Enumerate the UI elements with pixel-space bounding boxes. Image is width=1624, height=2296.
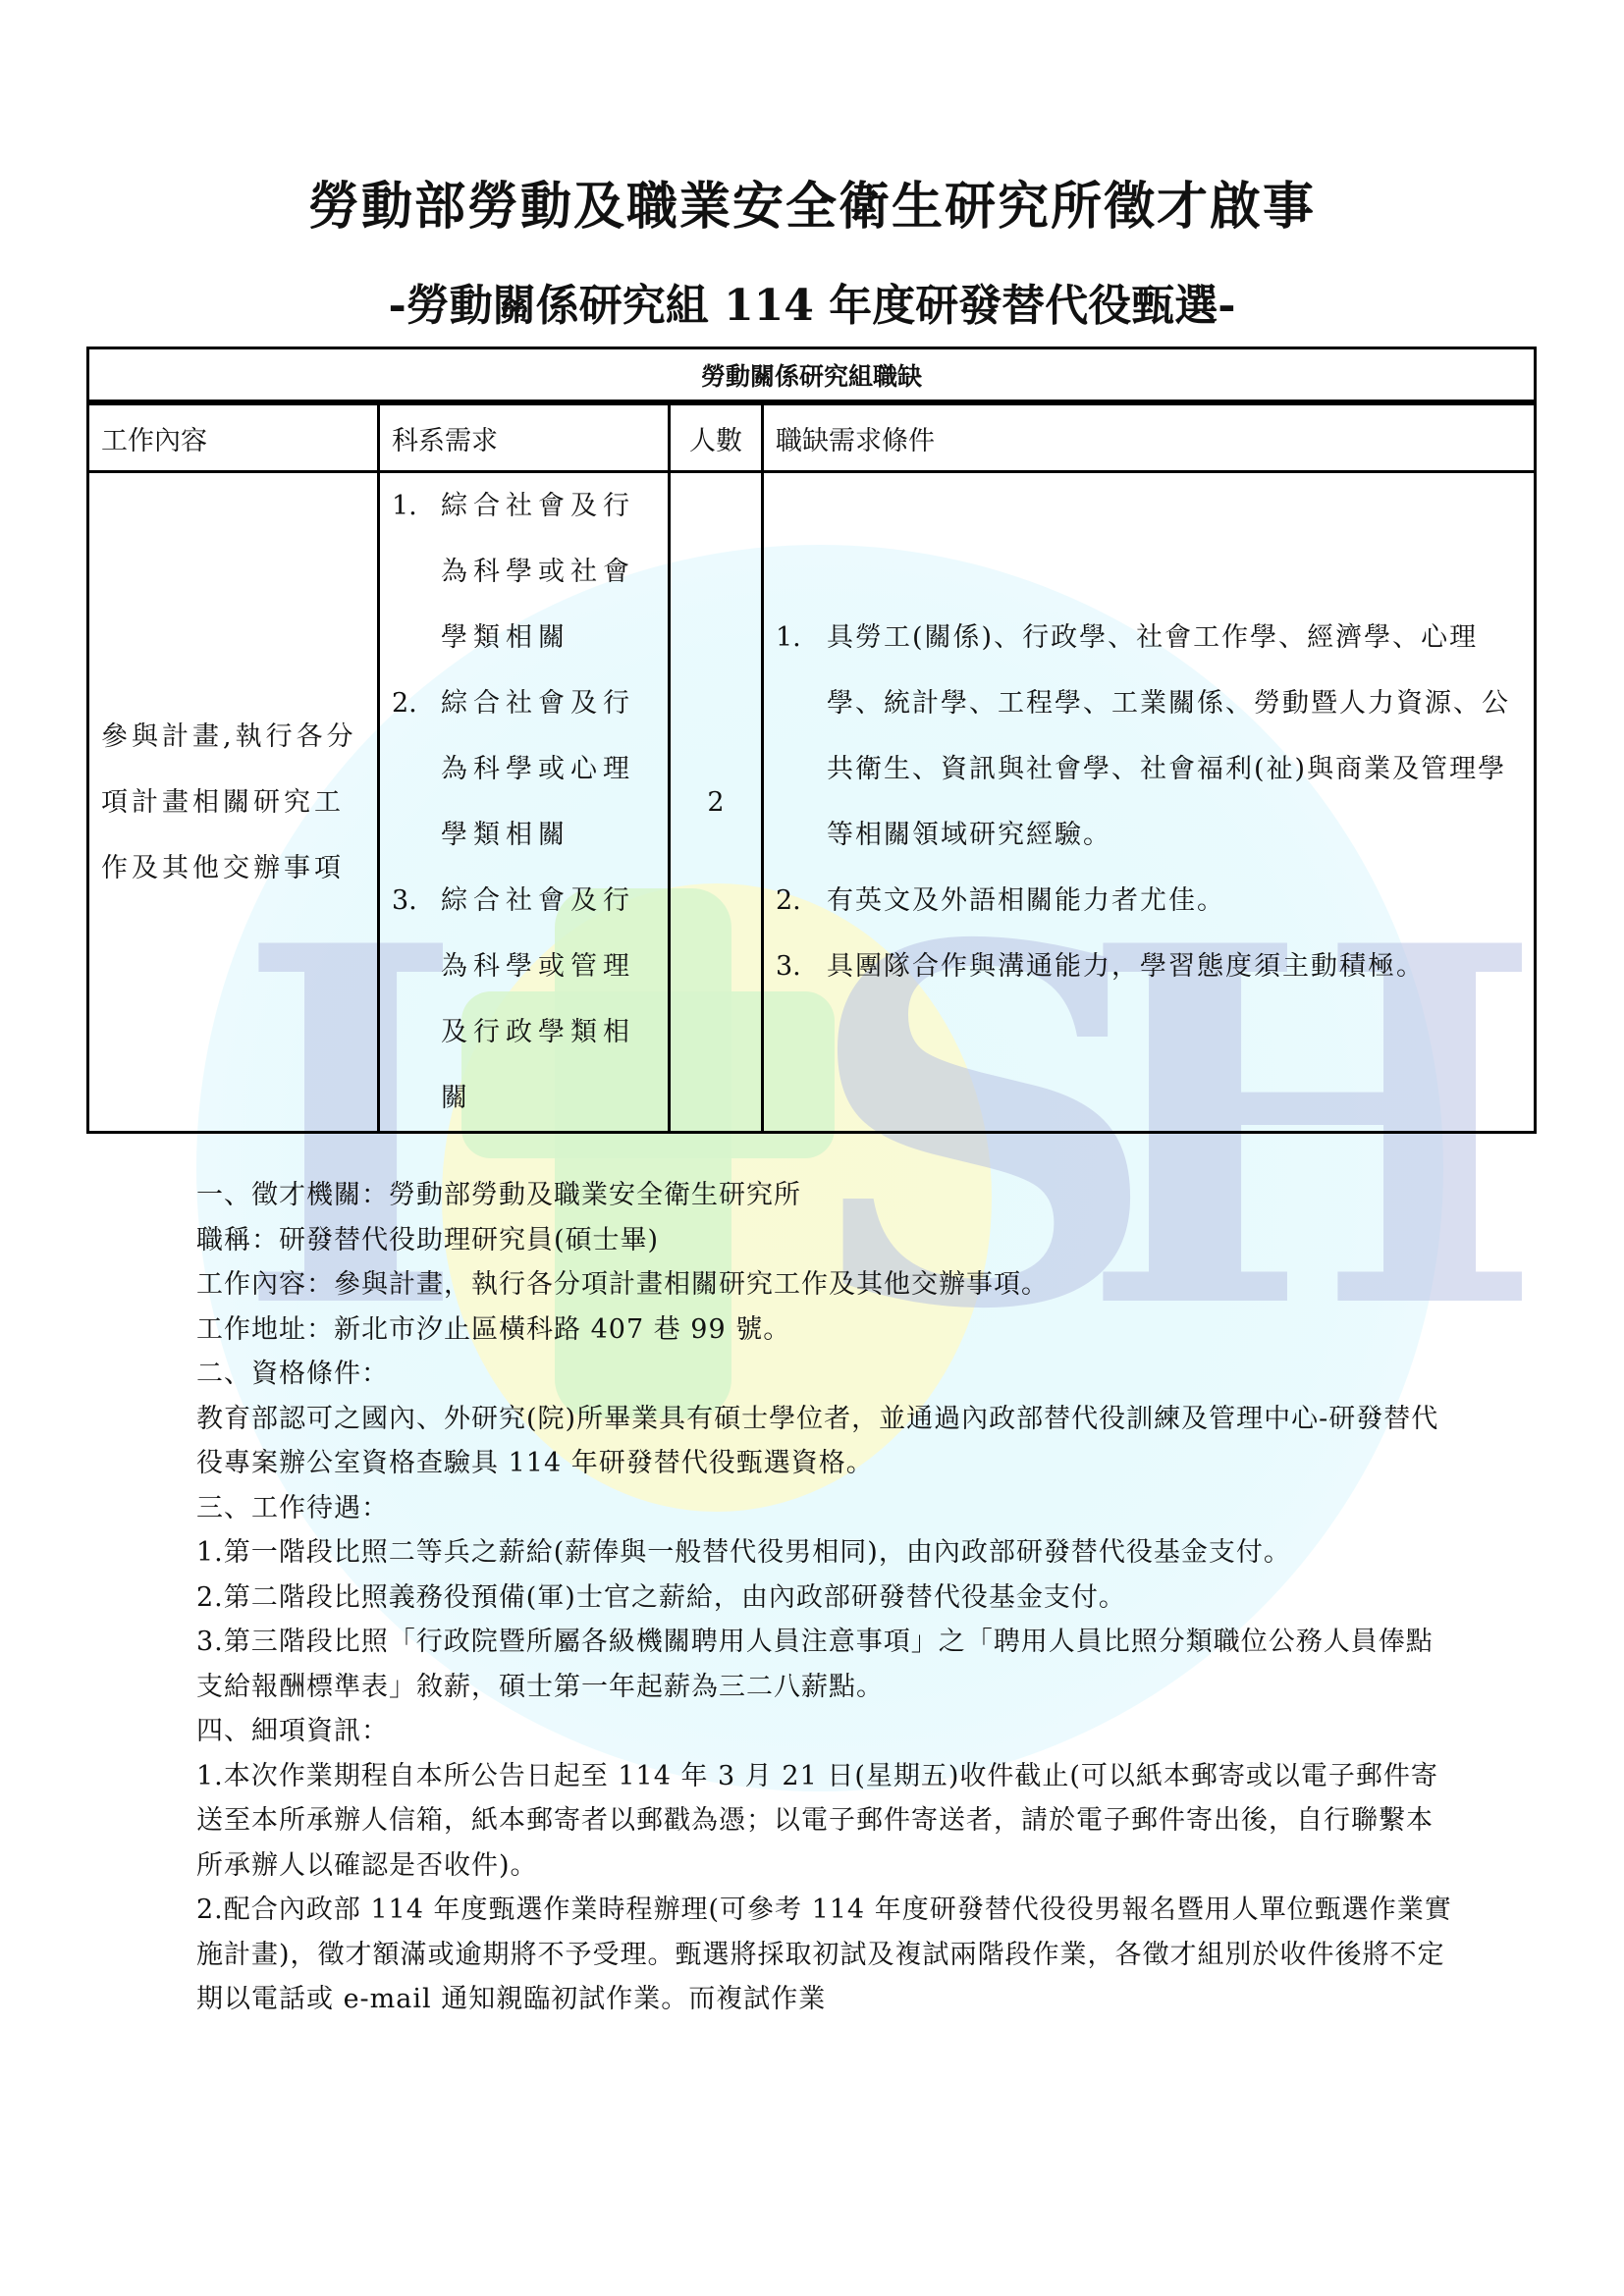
table-row: 參與計畫,執行各分項計畫相關研究工作及其他交辦事項 1.綜合社會及行為科學或社會… [88,472,1536,1133]
pay-heading: 三、工作待遇： [196,1486,1453,1531]
details-heading: 四、細項資訊： [196,1709,1453,1754]
requirements-cell: 1.具勞工(關係)、行政學、社會工作學、經濟學、心理學、統計學、工程學、工業關係… [763,472,1536,1133]
list-item: 2.有英文及外語相關能力者尤佳。 [776,868,1522,934]
department-list: 1.綜合社會及行為科學或社會學類相關 2.綜合社會及行為科學或心理學類相關 3.… [392,473,656,1131]
header-job-content: 工作內容 [88,402,379,472]
table-header-row: 工作內容 科系需求 人數 職缺需求條件 [88,402,1536,472]
page-subtitle: -勞動關係研究組 114 年度研發替代役甄選- [0,270,1624,333]
department-cell: 1.綜合社會及行為科學或社會學類相關 2.綜合社會及行為科學或心理學類相關 3.… [379,472,670,1133]
headcount-cell: 2 [670,472,763,1133]
list-item: 2.綜合社會及行為科學或心理學類相關 [392,670,656,868]
list-item: 3.綜合社會及行為科學或管理及行政學類相關 [392,868,656,1131]
address-line: 工作地址：新北市汐止區橫科路 407 巷 99 號。 [196,1308,1453,1353]
list-item: 3.具團隊合作與溝通能力，學習態度須主動積極。 [776,934,1522,999]
details-item: 1.本次作業期程自本所公告日起至 114 年 3 月 21 日(星期五)收件截止… [196,1754,1453,1889]
position-line: 職稱：研發替代役助理研究員(碩士畢) [196,1218,1453,1263]
qualifications-text: 教育部認可之國內、外研究(院)所畢業具有碩士學位者，並通過內政部替代役訓練及管理… [196,1397,1453,1486]
requirements-list: 1.具勞工(關係)、行政學、社會工作學、經濟學、心理學、統計學、工程學、工業關係… [776,605,1522,999]
qualifications-heading: 二、資格條件： [196,1352,1453,1397]
page-title: 勞動部勞動及職業安全衛生研究所徵才啟事 [0,165,1624,239]
table-caption: 勞動關係研究組職缺 [88,348,1536,403]
pay-item: 2.第二階段比照義務役預備(軍)士官之薪給，由內政部研發替代役基金支付。 [196,1575,1453,1621]
agency-line: 一、徵才機關：勞動部勞動及職業安全衛生研究所 [196,1173,1453,1218]
list-item: 1.綜合社會及行為科學或社會學類相關 [392,473,656,670]
job-vacancy-table: 勞動關係研究組職缺 工作內容 科系需求 人數 職缺需求條件 參與計畫,執行各分項… [86,347,1537,1134]
duties-line: 工作內容：參與計畫，執行各分項計畫相關研究工作及其他交辦事項。 [196,1262,1453,1308]
pay-item: 3.第三階段比照「行政院暨所屬各級機關聘用人員注意事項」之「聘用人員比照分類職位… [196,1620,1453,1709]
header-count: 人數 [670,402,763,472]
header-department: 科系需求 [379,402,670,472]
list-item: 1.具勞工(關係)、行政學、社會工作學、經濟學、心理學、統計學、工程學、工業關係… [776,605,1522,868]
details-item: 2.配合內政部 114 年度甄選作業時程辦理(可參考 114 年度研發替代役役男… [196,1888,1453,2022]
document-page: 勞動部勞動及職業安全衛生研究所徵才啟事 -勞動關係研究組 114 年度研發替代役… [0,0,1624,2296]
pay-item: 1.第一階段比照二等兵之薪給(薪俸與一般替代役男相同)，由內政部研發替代役基金支… [196,1530,1453,1575]
header-requirements: 職缺需求條件 [763,402,1536,472]
announcement-body: 一、徵才機關：勞動部勞動及職業安全衛生研究所 職稱：研發替代役助理研究員(碩士畢… [196,1173,1453,2022]
job-content-cell: 參與計畫,執行各分項計畫相關研究工作及其他交辦事項 [88,472,379,1133]
